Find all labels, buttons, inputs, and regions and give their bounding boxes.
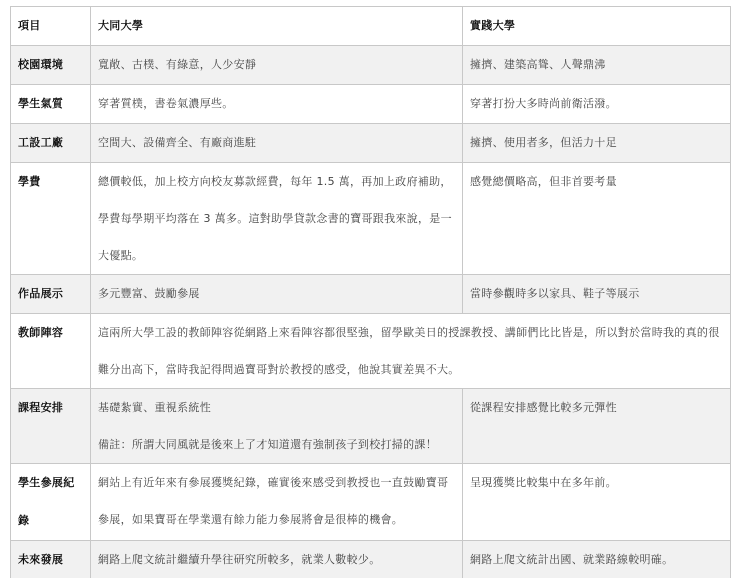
table-row: 教師陣容這兩所大學工設的教師陣容從網路上來看陣容都很堅強，留學歐美日的授課教授、…: [11, 314, 731, 389]
row-label: 教師陣容: [11, 314, 91, 389]
cell-text-line: 大優點。: [98, 237, 455, 274]
cell-text-line: 呈現獲獎比較集中在多年前。: [470, 464, 723, 501]
cell-text-line: 基礎紮實、重視系統性: [98, 389, 455, 426]
table-row: 工設工廠空間大、設備齊全、有廠商進駐擁擠、使用者多，但活力十足: [11, 124, 731, 163]
cell-text-line: 難分出高下，當時我記得問過寶哥對於教授的感受，他說其實差異不大。: [98, 351, 723, 388]
table-row: 未來發展網路上爬文統計繼續升學往研究所較多，就業人數較少。網路上爬文統計出國、就…: [11, 541, 731, 578]
header-shihchien: 實踐大學: [463, 7, 731, 46]
row-label: 未來發展: [11, 541, 91, 578]
cell-text-line: 當時參觀時多以家具、鞋子等展示: [470, 275, 723, 312]
shihchien-cell: 網路上爬文統計出國、就業路線較明確。: [463, 541, 731, 578]
cell-text-line: 參展，如果寶哥在學業還有餘力能力參展將會是很棒的機會。: [98, 501, 455, 538]
table-header-row: 項目 大同大學 實踐大學: [11, 7, 731, 46]
table-row: 課程安排基礎紮實、重視系統性備註：所謂大同風就是後來上了才知道還有強制孩子到校打…: [11, 389, 731, 464]
row-label: 工設工廠: [11, 124, 91, 163]
row-label: 學費: [11, 163, 91, 275]
row-label: 學生氣質: [11, 85, 91, 124]
shihchien-cell: 穿著打扮大多時尚前衛活潑。: [463, 85, 731, 124]
tatung-cell: 基礎紮實、重視系統性備註：所謂大同風就是後來上了才知道還有強制孩子到校打掃的課！: [91, 389, 463, 464]
tatung-cell: 總價較低，加上校方向校友募款經費，每年 1.5 萬，再加上政府補助，學費每學期平…: [91, 163, 463, 275]
table-row: 校園環境寬敞、古樸、有綠意，人少安靜擁擠、建築高聳、人聲鼎沸: [11, 46, 731, 85]
cell-text-line: 擁擠、建築高聳、人聲鼎沸: [470, 46, 723, 83]
shihchien-cell: 當時參觀時多以家具、鞋子等展示: [463, 275, 731, 314]
tatung-cell: 空間大、設備齊全、有廠商進駐: [91, 124, 463, 163]
cell-text-line: 穿著質樸，書卷氣濃厚些。: [98, 85, 455, 122]
cell-text-line: 學費每學期平均落在 3 萬多。這對助學貸款念書的寶哥跟我來說，是一: [98, 200, 455, 237]
table-row: 作品展示多元豐富、鼓勵參展當時參觀時多以家具、鞋子等展示: [11, 275, 731, 314]
table-row: 學費總價較低，加上校方向校友募款經費，每年 1.5 萬，再加上政府補助，學費每學…: [11, 163, 731, 275]
shihchien-cell: 呈現獲獎比較集中在多年前。: [463, 464, 731, 541]
tatung-cell: 穿著質樸，書卷氣濃厚些。: [91, 85, 463, 124]
row-label: 課程安排: [11, 389, 91, 464]
tatung-cell: 網路上爬文統計繼續升學往研究所較多，就業人數較少。: [91, 541, 463, 578]
cell-text-line: 總價較低，加上校方向校友募款經費，每年 1.5 萬，再加上政府補助，: [98, 163, 455, 200]
tatung-cell: 多元豐富、鼓勵參展: [91, 275, 463, 314]
table-row: 學生參展紀錄網站上有近年來有參展獲獎紀錄，確實後來感受到教授也一直鼓勵寶哥參展，…: [11, 464, 731, 541]
header-tatung: 大同大學: [91, 7, 463, 46]
cell-text-line: 備註：所謂大同風就是後來上了才知道還有強制孩子到校打掃的課！: [98, 426, 455, 463]
row-label: 學生參展紀錄: [11, 464, 91, 541]
cell-text-line: 網站上有近年來有參展獲獎紀錄，確實後來感受到教授也一直鼓勵寶哥: [98, 464, 455, 501]
header-item: 項目: [11, 7, 91, 46]
table-row: 學生氣質穿著質樸，書卷氣濃厚些。穿著打扮大多時尚前衛活潑。: [11, 85, 731, 124]
row-label: 校園環境: [11, 46, 91, 85]
row-label: 作品展示: [11, 275, 91, 314]
cell-text-line: 多元豐富、鼓勵參展: [98, 275, 455, 312]
cell-text-line: 寬敞、古樸、有綠意，人少安靜: [98, 46, 455, 83]
tatung-cell: 網站上有近年來有參展獲獎紀錄，確實後來感受到教授也一直鼓勵寶哥參展，如果寶哥在學…: [91, 464, 463, 541]
cell-text-line: 感覺總價略高，但非首要考量: [470, 163, 723, 200]
tatung-cell: 寬敞、古樸、有綠意，人少安靜: [91, 46, 463, 85]
cell-text-line: 網路上爬文統計出國、就業路線較明確。: [470, 541, 723, 578]
merged-cell: 這兩所大學工設的教師陣容從網路上來看陣容都很堅強，留學歐美日的授課教授、講師們比…: [91, 314, 731, 389]
cell-text-line: 擁擠、使用者多，但活力十足: [470, 124, 723, 161]
shihchien-cell: 擁擠、建築高聳、人聲鼎沸: [463, 46, 731, 85]
shihchien-cell: 感覺總價略高，但非首要考量: [463, 163, 731, 275]
cell-text-line: 網路上爬文統計繼續升學往研究所較多，就業人數較少。: [98, 541, 455, 578]
cell-text-line: 穿著打扮大多時尚前衛活潑。: [470, 85, 723, 122]
cell-text-line: 空間大、設備齊全、有廠商進駐: [98, 124, 455, 161]
shihchien-cell: 從課程安排感覺比較多元彈性: [463, 389, 731, 464]
shihchien-cell: 擁擠、使用者多，但活力十足: [463, 124, 731, 163]
cell-text-line: 從課程安排感覺比較多元彈性: [470, 389, 723, 426]
cell-text-line: 這兩所大學工設的教師陣容從網路上來看陣容都很堅強，留學歐美日的授課教授、講師們比…: [98, 314, 723, 351]
university-comparison-table: 項目 大同大學 實踐大學 校園環境寬敞、古樸、有綠意，人少安靜擁擠、建築高聳、人…: [10, 6, 731, 578]
